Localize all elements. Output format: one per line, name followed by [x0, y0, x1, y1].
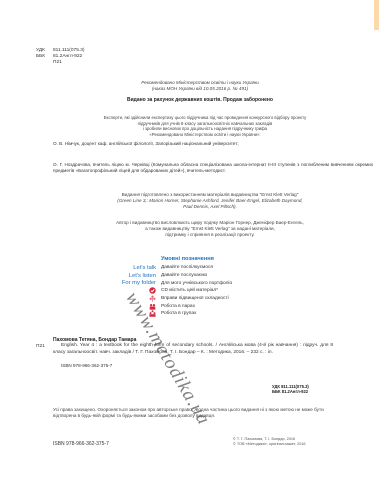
star-difficulty-icon	[149, 295, 156, 302]
legend-item: Let's listen Давайте послухаємо	[80, 272, 300, 280]
prepared-note: Видання підготовлено з використанням мат…	[80, 192, 340, 211]
catalog-isbn: ISBN 978-966-362-375-7	[61, 363, 112, 368]
isbn-number: ISBN 978-966-362-375-7	[53, 441, 109, 447]
recommendation-note: Рекомендовано Міністерством освіти і нау…	[80, 80, 320, 92]
legend-key: Let's listen	[80, 273, 161, 279]
catalog-description: English. Year 4 : a textbook for the eig…	[53, 343, 333, 356]
legend-item: Робота в групах	[80, 310, 300, 318]
rights-notice: Усі права захищено. Охороняється законом…	[53, 407, 343, 419]
legend-desc: Вправи підвищеної складності	[161, 296, 229, 301]
catalog-text: English. Year 4 : a textbook for the eig…	[53, 343, 333, 355]
legend-desc: Давайте поспілкуємося	[161, 265, 213, 270]
catalog-code-left: П21	[36, 344, 45, 349]
legend-desc: Робота в парах	[161, 304, 195, 309]
copyright-publisher: © ТОВ «Методика», оригінал-макет, 2016	[233, 442, 306, 447]
legend-key: For my folder	[80, 280, 161, 286]
legend-item: Let's talk Давайте поспілкуємося	[80, 264, 300, 272]
legend-desc: Для мого учнівського портфоліо	[161, 281, 232, 286]
pair-work-icon	[149, 303, 156, 310]
acknowledgement-line: підтримку і сприяння в реалізації проект…	[80, 232, 340, 238]
page-edge-tab	[374, 0, 379, 30]
legend-list: Let's talk Давайте поспілкуємося Let's l…	[80, 264, 300, 318]
legend-item: Вправи підвищеної складності	[80, 295, 300, 303]
experts-paragraph: Експерти, які здійснили експертизу цього…	[40, 115, 370, 137]
acknowledgement: Автор і видавництво висловлюють щиру под…	[80, 220, 340, 239]
catalog-code: П21	[53, 60, 62, 66]
prepared-credits: Paul Dennis, Axel Piltsch).	[80, 204, 340, 210]
legend-item: Робота в парах	[80, 302, 300, 310]
book-imprint-page: УДК 811.111(075.3) ББК 81.2Англ-922 П21 …	[0, 0, 381, 492]
legend-desc: Давайте послухаємо	[161, 273, 207, 278]
state-funded-notice: Видано за рахунок державних коштів. Прод…	[80, 97, 320, 103]
reviewer-entry: О. В. Німчук, доцент каф. англійської фі…	[53, 141, 373, 147]
group-work-icon	[149, 310, 156, 317]
legend-item: CD містить цей матеріал*	[80, 287, 300, 295]
cd-icon	[149, 287, 156, 294]
code-row: П21	[36, 60, 84, 66]
experts-line: «Рекомендовано Міністерством освіти і на…	[40, 132, 370, 138]
recommendation-order: (наказ МОН України від 10.05.2016 р. № 4…	[80, 86, 320, 92]
reviewer-entry: О. Г. Ноздрачова, вчитель ліцею м. Черні…	[53, 162, 373, 174]
legend-desc: CD містить цей матеріал*	[161, 288, 218, 293]
legend-key: Let's talk	[80, 265, 161, 271]
legend-desc: Робота в групах	[161, 311, 196, 316]
copyright-block: © Т. Г. Пахомова, Т. І. Бондар, 2016 © Т…	[233, 437, 306, 447]
classification-block: УДК 811.111(075.3) ББК 81.2Англ-922 П21	[36, 48, 84, 67]
legend-item: For my folder Для мого учнівського портф…	[80, 279, 300, 287]
catalog-bbk: ББК 81.2Англ-922	[272, 389, 309, 394]
catalog-classification: УДК 811.111(075.3) ББК 81.2Англ-922	[272, 384, 309, 395]
legend-title: Умовні позначення	[161, 256, 214, 262]
